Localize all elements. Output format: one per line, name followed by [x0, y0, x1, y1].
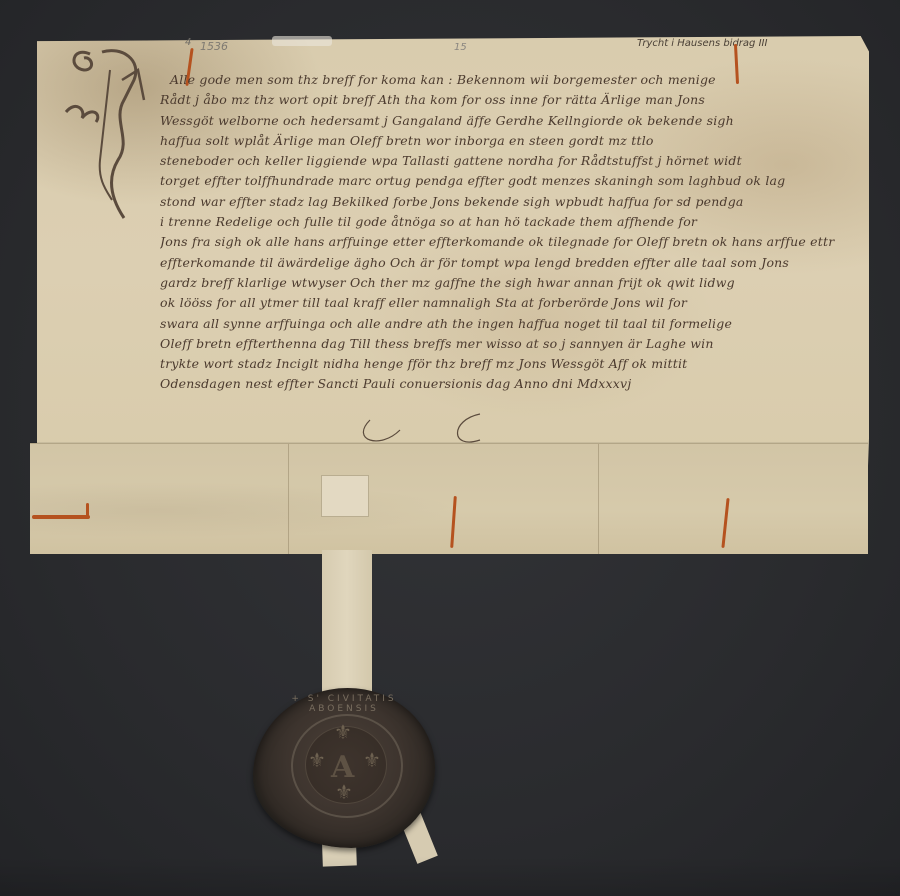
- text-line: Alle gode men som thz breff for koma kan…: [160, 70, 850, 90]
- conservation-tape: [272, 36, 332, 46]
- text-line: Odensdagen nest effter Sancti Pauli conu…: [160, 374, 850, 394]
- background-shade: [0, 856, 900, 896]
- text-line: haffua solt wplåt Ärlige man Oleff bretn…: [160, 131, 850, 151]
- text-line: Oleff bretn effterthenna dag Till thess …: [160, 334, 850, 354]
- archive-number: 15: [454, 42, 467, 53]
- text-line: gardz breff klarlige wtwyser Och ther mz…: [160, 273, 850, 293]
- initial-flourish-icon: [62, 40, 157, 230]
- text-line: ok lööss for all ytmer till taal kraff e…: [160, 293, 850, 313]
- fold-crease: [288, 444, 289, 554]
- fleur-de-lis-icon: ⚜: [334, 722, 352, 742]
- text-line: trykte wort stadz Inciglt nidha henge ff…: [160, 354, 850, 374]
- parchment-fold-plica: [30, 443, 868, 554]
- red-mark-fold-left-curl: [86, 503, 89, 519]
- archive-mark: 4: [185, 37, 191, 48]
- text-line: stond war effter stadz lag Bekilked forb…: [160, 192, 850, 212]
- text-line: Wessgöt welborne och hedersamt j Gangala…: [160, 111, 850, 131]
- text-line: steneboder och keller liggiende wpa Tall…: [160, 151, 850, 171]
- red-mark-fold-left: [32, 515, 90, 519]
- text-line: torget effter tolffhundrade marc ortug p…: [160, 171, 850, 191]
- seal-tag-strip: [322, 550, 372, 698]
- wax-seal: + S' CIVITATIS ABOENSIS ⚜ ⚜ ⚜ ⚜ A: [253, 688, 435, 848]
- text-line: Rådt j åbo mz thz wort opit breff Ath th…: [160, 90, 850, 110]
- fold-crease: [598, 444, 599, 554]
- fleur-de-lis-icon: ⚜: [335, 782, 353, 802]
- fleur-de-lis-icon: ⚜: [308, 750, 326, 770]
- fleur-de-lis-icon: ⚜: [363, 750, 381, 770]
- charter-text: Alle gode men som thz breff for koma kan…: [160, 70, 850, 395]
- seal-legend: + S' CIVITATIS ABOENSIS: [263, 694, 425, 714]
- archive-year-note: 1536: [200, 40, 228, 53]
- text-line: i trenne Redelige och fulle til gode åtn…: [160, 212, 850, 232]
- decorated-initial: [62, 40, 157, 230]
- seal-tag-slot: [321, 475, 369, 517]
- text-line: swara all synne arffuinga och alle andre…: [160, 314, 850, 334]
- text-line: effterkomande til äwärdelige ägho Och är…: [160, 253, 850, 273]
- archive-note-top-right: Trycht i Hausens bidrag III: [637, 38, 767, 49]
- seal-crowned-a: A: [331, 750, 354, 785]
- text-line: Jons fra sigh ok alle hans arffuinge ett…: [160, 232, 850, 252]
